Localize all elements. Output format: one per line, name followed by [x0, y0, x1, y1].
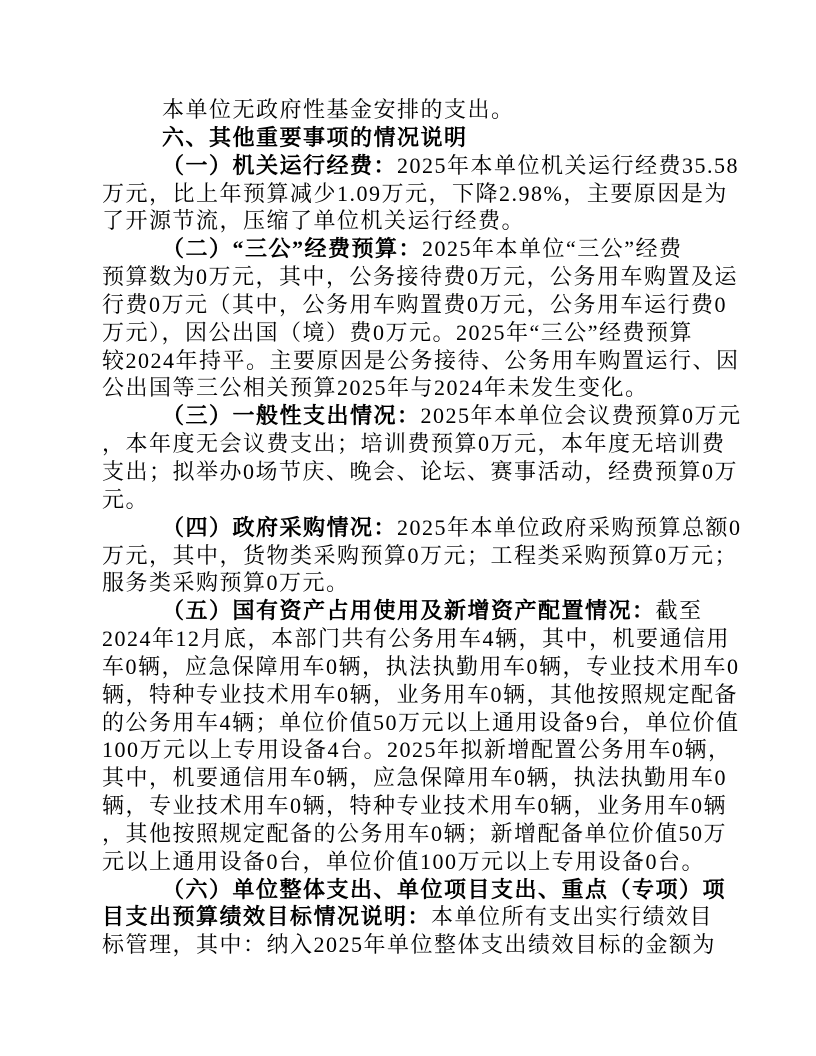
text-run: 2025年本单位“三公”经费	[422, 236, 683, 261]
text-line: 元。	[102, 486, 718, 514]
text-line: ，其他按照规定配备的公务用车0辆；新增配备单位价值50万	[102, 820, 718, 848]
text-line: 预算数为0万元，其中，公务接待费0万元，公务用车购置及运	[102, 263, 718, 291]
text-line: （六）单位整体支出、单位项目支出、重点（专项）项	[102, 876, 718, 904]
text-run: 2024年12月底，本部门共有公务用车4辆，其中，机要通信用	[102, 626, 730, 651]
text-run: ，本年度无会议费支出；培训费预算0万元，本年度无培训费	[102, 431, 726, 456]
text-line: 支出；拟举办0场节庆、晚会、论坛、赛事活动，经费预算0万	[102, 458, 718, 486]
text-run: 本单位所有支出实行绩效目	[431, 904, 713, 929]
text-run: 2025年本单位机关运行经费35.58	[397, 153, 739, 178]
bold-text-run: 目支出预算绩效目标情况说明：	[102, 904, 431, 929]
text-line: 其中，机要通信用车0辆，应急保障用车0辆，执法执勤用车0	[102, 764, 718, 792]
document-body: 本单位无政府性基金安排的支出。六、其他重要事项的情况说明（一）机关运行经费：20…	[102, 96, 718, 959]
document-page: 本单位无政府性基金安排的支出。六、其他重要事项的情况说明（一）机关运行经费：20…	[0, 0, 816, 1056]
text-run: 公出国等三公相关预算2025年与2024年未发生变化。	[102, 375, 649, 400]
text-line: ，本年度无会议费支出；培训费预算0万元，本年度无培训费	[102, 430, 718, 458]
text-line: （二）“三公”经费预算：2025年本单位“三公”经费	[102, 235, 718, 263]
text-run: 辆，特种专业技术用车0辆，业务用车0辆，其他按照规定配备	[102, 682, 738, 707]
text-run: 2025年本单位会议费预算0万元	[421, 403, 742, 428]
text-line: 标管理，其中：纳入2025年单位整体支出绩效目标的金额为	[102, 931, 718, 959]
text-run: 万元），因公出国（境）费0万元。2025年“三公”经费预算	[102, 320, 693, 345]
text-line: （一）机关运行经费：2025年本单位机关运行经费35.58	[102, 152, 718, 180]
text-run: 支出；拟举办0场节庆、晚会、论坛、赛事活动，经费预算0万	[102, 459, 738, 484]
text-run: 万元，其中，货物类采购预算0万元；工程类采购预算0万元；	[102, 543, 738, 568]
text-run: 预算数为0万元，其中，公务接待费0万元，公务用车购置及运	[102, 264, 738, 289]
text-line: 本单位无政府性基金安排的支出。	[102, 96, 718, 124]
text-line: 六、其他重要事项的情况说明	[102, 124, 718, 152]
text-line: 较2024年持平。主要原因是公务接待、公务用车购置运行、因	[102, 347, 718, 375]
text-run: 万元，比上年预算减少1.09万元，下降2.98%，主要原因是为	[102, 181, 728, 206]
bold-text-run: （三）一般性支出情况：	[162, 403, 421, 428]
text-run: 元以上通用设备0台，单位价值100万元以上专用设备0台。	[102, 849, 705, 874]
text-line: 万元），因公出国（境）费0万元。2025年“三公”经费预算	[102, 319, 718, 347]
text-line: 的公务用车4辆；单位价值50万元以上通用设备9台，单位价值	[102, 709, 718, 737]
text-line: （三）一般性支出情况：2025年本单位会议费预算0万元	[102, 402, 718, 430]
text-run: 辆，专业技术用车0辆，特种专业技术用车0辆，业务用车0辆	[102, 793, 727, 818]
text-line: 目支出预算绩效目标情况说明：本单位所有支出实行绩效目	[102, 903, 718, 931]
text-line: （五）国有资产占用使用及新增资产配置情况：截至	[102, 597, 718, 625]
text-line: 辆，特种专业技术用车0辆，业务用车0辆，其他按照规定配备	[102, 681, 718, 709]
text-run: 车0辆，应急保障用车0辆，执法执勤用车0辆，专业技术用车0	[102, 654, 740, 679]
text-line: 行费0万元（其中，公务用车购置费0万元，公务用车运行费0	[102, 291, 718, 319]
bold-text-run: （一）机关运行经费：	[162, 153, 397, 178]
text-line: 了开源节流，压缩了单位机关运行经费。	[102, 207, 718, 235]
text-run: 截至	[656, 598, 703, 623]
text-line: 万元，其中，货物类采购预算0万元；工程类采购预算0万元；	[102, 542, 718, 570]
text-line: 车0辆，应急保障用车0辆，执法执勤用车0辆，专业技术用车0	[102, 653, 718, 681]
bold-text-run: （六）单位整体支出、单位项目支出、重点（专项）项	[162, 877, 726, 902]
text-run: 行费0万元（其中，公务用车购置费0万元，公务用车运行费0	[102, 292, 727, 317]
text-run: 本单位无政府性基金安排的支出。	[162, 97, 515, 122]
bold-text-run: 六、其他重要事项的情况说明	[162, 125, 468, 150]
text-run: 的公务用车4辆；单位价值50万元以上通用设备9台，单位价值	[102, 710, 740, 735]
text-line: 100万元以上专用设备4台。2025年拟新增配置公务用车0辆，	[102, 736, 718, 764]
text-line: 辆，专业技术用车0辆，特种专业技术用车0辆，业务用车0辆	[102, 792, 718, 820]
text-run: 标管理，其中：纳入2025年单位整体支出绩效目标的金额为	[102, 932, 716, 957]
text-run: ，其他按照规定配备的公务用车0辆；新增配备单位价值50万	[102, 821, 727, 846]
text-run: 2025年本单位政府采购预算总额0	[397, 515, 742, 540]
text-run: 了开源节流，压缩了单位机关运行经费。	[102, 208, 525, 233]
text-line: 服务类采购预算0万元。	[102, 569, 718, 597]
text-run: 100万元以上专用设备4台。2025年拟新增配置公务用车0辆，	[102, 737, 732, 762]
text-run: 较2024年持平。主要原因是公务接待、公务用车购置运行、因	[102, 348, 740, 373]
text-line: （四）政府采购情况：2025年本单位政府采购预算总额0	[102, 514, 718, 542]
text-run: 元。	[102, 487, 149, 512]
text-run: 其中，机要通信用车0辆，应急保障用车0辆，执法执勤用车0	[102, 765, 727, 790]
text-run: 服务类采购预算0万元。	[102, 570, 350, 595]
text-line: 万元，比上年预算减少1.09万元，下降2.98%，主要原因是为	[102, 180, 718, 208]
text-line: 元以上通用设备0台，单位价值100万元以上专用设备0台。	[102, 848, 718, 876]
bold-text-run: （二）“三公”经费预算：	[162, 236, 422, 261]
bold-text-run: （四）政府采购情况：	[162, 515, 397, 540]
text-line: 2024年12月底，本部门共有公务用车4辆，其中，机要通信用	[102, 625, 718, 653]
text-line: 公出国等三公相关预算2025年与2024年未发生变化。	[102, 374, 718, 402]
bold-text-run: （五）国有资产占用使用及新增资产配置情况：	[162, 598, 656, 623]
